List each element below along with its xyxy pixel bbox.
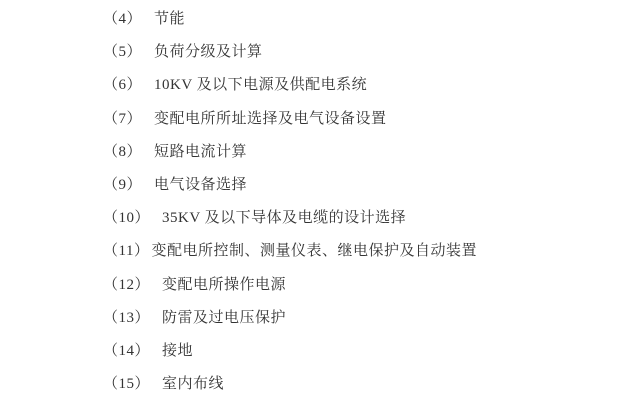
list-item: （7）变配电所所址选择及电气设备设置 [103,101,640,134]
item-text: 10KV 及以下电源及供配电系统 [154,73,367,94]
item-text: 35KV 及以下导体及电缆的设计选择 [162,206,406,227]
list-item: （6）10KV 及以下电源及供配电系统 [103,67,640,100]
item-number: （14） [103,339,150,360]
list-item: （4）节能 [103,1,640,34]
list-item: （9）电气设备选择 [103,167,640,200]
item-number: （7） [103,107,142,128]
numbered-list: （4）节能 （5）负荷分级及计算 （6）10KV 及以下电源及供配电系统 （7）… [103,1,640,399]
item-text: 室内布线 [162,372,224,393]
item-number: （4） [103,7,142,28]
item-text: 变配电所控制、测量仪表、继电保护及自动装置 [151,239,477,260]
item-number: （10） [103,206,150,227]
item-text: 短路电流计算 [154,140,247,161]
list-item: （11）变配电所控制、测量仪表、继电保护及自动装置 [103,233,640,266]
item-text: 节能 [154,7,185,28]
item-number: （9） [103,173,142,194]
item-text: 负荷分级及计算 [154,40,263,61]
list-item: （8）短路电流计算 [103,134,640,167]
list-item: （14）接地 [103,333,640,366]
item-number: （6） [103,73,142,94]
item-number: （5） [103,40,142,61]
item-text: 电气设备选择 [154,173,247,194]
item-number: （12） [103,273,150,294]
item-text: 变配电所所址选择及电气设备设置 [154,107,387,128]
item-number: （8） [103,140,142,161]
item-text: 防雷及过电压保护 [162,306,286,327]
item-number: （13） [103,306,150,327]
list-item: （10）35KV 及以下导体及电缆的设计选择 [103,200,640,233]
item-text: 变配电所操作电源 [162,273,286,294]
list-item: （5）负荷分级及计算 [103,34,640,67]
item-text: 接地 [162,339,193,360]
item-number: （11） [103,239,149,260]
list-item: （12）变配电所操作电源 [103,267,640,300]
item-number: （15） [103,372,150,393]
list-item: （13）防雷及过电压保护 [103,300,640,333]
list-item: （15）室内布线 [103,366,640,399]
document-page: （4）节能 （5）负荷分级及计算 （6）10KV 及以下电源及供配电系统 （7）… [0,0,640,400]
